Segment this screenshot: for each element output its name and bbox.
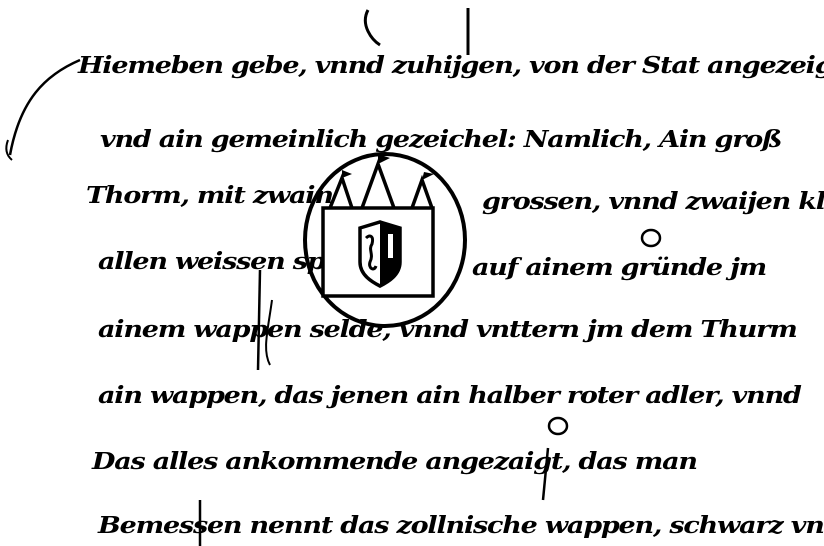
- manuscript-line-3a: Thorm, mit zwain: [86, 183, 333, 209]
- tower-middle: [362, 164, 394, 208]
- city-seal-drawing: [300, 150, 470, 330]
- manuscript-line-7: Das alles ankommende angezaigt, das man: [92, 449, 697, 475]
- flag-left-icon: [342, 170, 352, 178]
- manuscript-page: Hiemeben gebe, vnnd zuhijgen, von der St…: [0, 0, 824, 546]
- manuscript-line-8: Bemessen nennt das zollnische wappen, sc…: [98, 513, 824, 539]
- manuscript-line-1: Hiemeben gebe, vnnd zuhijgen, von der St…: [78, 53, 824, 79]
- manuscript-line-3b: grossen, vnnd zwaijen klain: [482, 189, 824, 215]
- flag-right-icon: [422, 172, 434, 180]
- manuscript-line-6: ain wappen, das jenen ain halber roter a…: [98, 383, 801, 409]
- tower-right: [412, 180, 432, 208]
- manuscript-line-4b: auf ainem gründe jm: [472, 255, 766, 281]
- tower-left: [330, 178, 352, 208]
